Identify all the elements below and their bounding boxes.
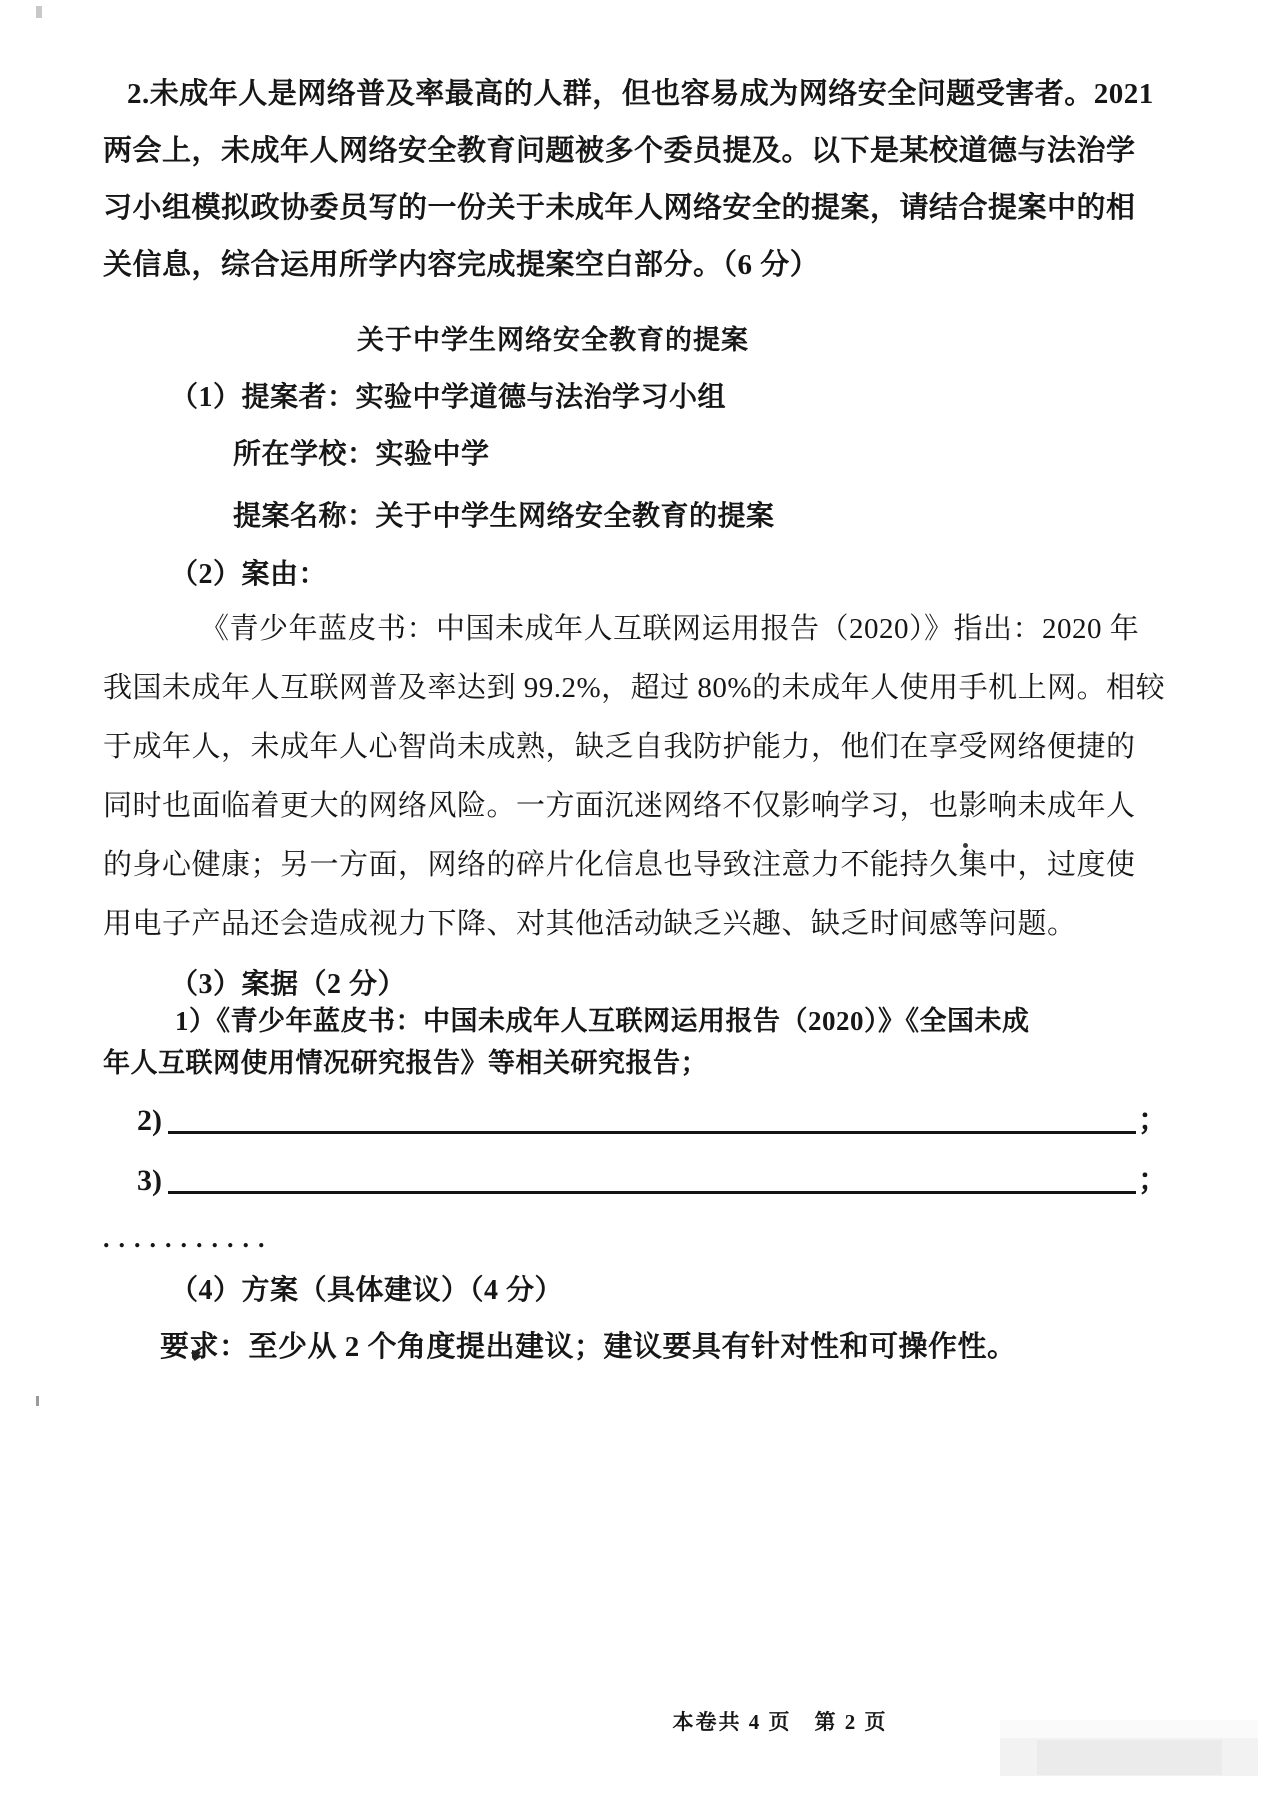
cause-line: 同时也面临着更大的网络风险。一方面沉迷网络不仅影响学习，也影响未成年人 xyxy=(103,777,1195,836)
blank-3-suffix: ； xyxy=(1138,1166,1168,1198)
stem-line: 两会上，未成年人网络安全教育问题被多个委员提及。以下是某校道德与法治学 xyxy=(103,123,1195,180)
evidence-line: 年人互联网使用情况研究报告》等相关研究报告； xyxy=(103,1042,1195,1084)
proposal-title: 关于中学生网络安全教育的提案 xyxy=(103,318,1003,357)
evidence-blank-row-3: 3) ； xyxy=(137,1156,1168,1198)
proposer-line: （1）提案者：实验中学道德与法治学习小组 xyxy=(170,375,726,415)
cause-line: 的身心健康；另一方面，网络的碎片化信息也导致注意力不能持久集中，过度使 xyxy=(103,836,1195,895)
cause-label: （2）案由： xyxy=(170,552,327,592)
blank-2-label: 2) xyxy=(137,1106,162,1138)
question-stem: 2.未成年人是网络普及率最高的人群，但也容易成为网络安全问题受害者。2021 两… xyxy=(103,66,1195,294)
scan-watermark-strip xyxy=(1000,1720,1258,1738)
blank-3-answer-line xyxy=(168,1149,1136,1194)
ellipsis-dots: ........... xyxy=(103,1224,274,1254)
scanned-exam-page: 2.未成年人是网络普及率最高的人群，但也容易成为网络安全问题受害者。2021 两… xyxy=(0,0,1280,1810)
evidence-blank-row-2: 2) ； xyxy=(137,1096,1168,1138)
scan-speck xyxy=(963,843,968,848)
plan-label: （4）方案（具体建议）（4 分） xyxy=(170,1268,563,1308)
scan-watermark-block-inner xyxy=(1037,1740,1222,1775)
cause-line: 用电子产品还会造成视力下降、对其他活动缺乏兴趣、缺乏时间感等问题。 xyxy=(103,895,1195,954)
stem-line: 关信息，综合运用所学内容完成提案空白部分。（6 分） xyxy=(103,237,1195,294)
scan-speck xyxy=(36,6,42,18)
evidence-label: （3）案据（2 分） xyxy=(170,962,406,1002)
blank-2-answer-line xyxy=(168,1089,1136,1134)
cause-line: 《青少年蓝皮书：中国未成年人互联网运用报告（2020）》指出：2020 年 xyxy=(103,600,1195,659)
requirement-line: 要求：至少从 2 个角度提出建议；建议要具有针对性和可操作性。 xyxy=(160,1324,1017,1365)
evidence-line: 1）《青少年蓝皮书：中国未成年人互联网运用报告（2020）》《全国未成 xyxy=(103,1000,1195,1042)
blank-2-suffix: ； xyxy=(1138,1106,1168,1138)
cause-line: 于成年人，未成年人心智尚未成熟，缺乏自我防护能力，他们在享受网络便捷的 xyxy=(103,718,1195,777)
stem-line: 习小组模拟政协委员写的一份关于未成年人网络安全的提案，请结合提案中的相 xyxy=(103,180,1195,237)
blank-3-label: 3) xyxy=(137,1166,162,1198)
scan-speck xyxy=(36,1396,39,1406)
proposal-name-line: 提案名称：关于中学生网络安全教育的提案 xyxy=(233,494,775,534)
evidence-item-1: 1）《青少年蓝皮书：中国未成年人互联网运用报告（2020）》《全国未成 年人互联… xyxy=(103,1000,1195,1084)
stem-line: 2.未成年人是网络普及率最高的人群，但也容易成为网络安全问题受害者。2021 xyxy=(103,66,1195,123)
cause-paragraph: 《青少年蓝皮书：中国未成年人互联网运用报告（2020）》指出：2020 年 我国… xyxy=(103,600,1195,954)
cause-line: 我国未成年人互联网普及率达到 99.2%，超过 80%的未成年人使用手机上网。相… xyxy=(103,659,1195,718)
school-line: 所在学校：实验中学 xyxy=(233,432,490,472)
page-footer: 本卷共 4 页 第 2 页 xyxy=(560,1706,1000,1736)
